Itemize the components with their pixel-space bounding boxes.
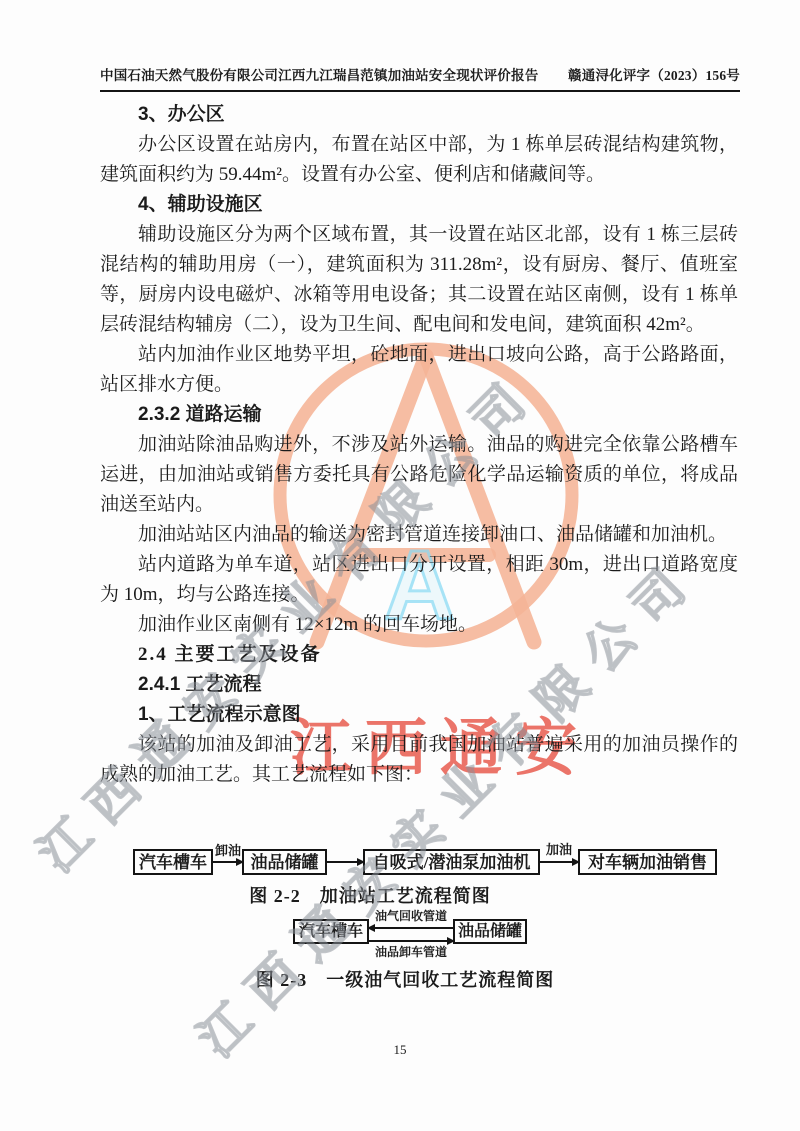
heading-process-flow-diagram: 1、工艺流程示意图 [100,700,738,730]
paragraph-office-area: 办公区设置在站房内，布置在站区中部，为 1 栋单层砖混结构建筑物，建筑面积约为 … [100,130,738,190]
page-header: 中国石油天然气股份有限公司江西九江瑞昌范镇加油站安全现状评价报告 赣通浔化评字（… [100,64,740,84]
flow-box-storage-tank: 油品储罐 [242,849,327,875]
subsection-4-title: 4、辅助设施区 [100,190,738,220]
paragraph-turnaround-area: 加油作业区南侧有 12×12m 的回车场地。 [100,610,738,640]
vapor-recovery-flow-diagram: 汽车槽车 油气回收管道 油品卸车管道 油品储罐 [250,910,570,962]
flow-box-vehicle-sales: 对车辆加油销售 [578,849,717,875]
heading-2-4: 2.4 主要工艺及设备 [100,640,738,670]
paragraph-site-terrain: 站内加油作业区地势平坦，砼地面，进出口坡向公路，高于公路路面，站区排水方便。 [100,340,738,400]
paragraph-auxiliary-area: 辅助设施区分为两个区域布置，其一设置在站区北部，设有 1 栋三层砖混结构的辅助用… [100,220,738,340]
flow-box-dispenser: 自吸式/潜油泵加油机 [363,849,540,875]
page-number: 15 [0,1042,800,1058]
header-divider [100,90,740,92]
refueling-process-flow-diagram: 汽车槽车 卸油 油品储罐 自吸式/潜油泵加油机 加油 对车辆加油销售 [100,846,738,882]
paragraph-process-intro: 该站的加油及卸油工艺，采用目前我国加油站普遍采用的加油员操作的成熟的加油工艺。其… [100,730,738,790]
flow-arrow-2 [327,861,363,863]
flow-box-tank-truck-2: 汽车槽车 [293,919,369,944]
document-body: 3、办公区 办公区设置在站房内，布置在站区中部，为 1 栋单层砖混结构建筑物，建… [100,100,738,790]
document-page: A 江西通安 中国石油天然气股份有限公司江西九江瑞昌范镇加油站安全现状评价报告 … [0,0,800,1131]
oil-unloading-arrow [369,940,453,942]
flow-box-tank-truck: 汽车槽车 [133,849,213,875]
vapor-recovery-arrow [369,927,453,929]
heading-2-3-2: 2.3.2 道路运输 [100,400,738,430]
flow-arrow-1 [213,861,242,863]
arrow-label-refueling: 加油 [538,843,580,856]
figure-2-2-caption: 图 2-2 加油站工艺流程简图 [100,882,640,908]
flow-arrow-3 [540,861,578,863]
figure-2-3-caption: 图 2-3 一级油气回收工艺流程简图 [100,966,710,992]
header-report-title: 中国石油天然气股份有限公司江西九江瑞昌范镇加油站安全现状评价报告 [100,64,538,84]
header-doc-number: 赣通浔化评字（2023）156号 [568,64,740,84]
subsection-3-title: 3、办公区 [100,100,738,130]
heading-2-4-1: 2.4.1 工艺流程 [100,670,738,700]
arrow-label-vapor-recovery-pipe: 油气回收管道 [363,910,459,923]
paragraph-road-transport-2: 加油站站区内油品的输送为密封管道连接卸油口、油品储罐和加油机。 [100,520,738,550]
paragraph-road-transport-1: 加油站除油品购进外，不涉及站外运输。油品的购进完全依靠公路槽车运进，由加油站或销… [100,430,738,520]
arrow-label-unloading-pipe: 油品卸车管道 [361,946,461,959]
paragraph-road-transport-3: 站内道路为单车道，站区进出口分开设置，相距 30m，进出口道路宽度为 10m，均… [100,550,738,610]
flow-box-storage-tank-2: 油品储罐 [453,919,527,944]
